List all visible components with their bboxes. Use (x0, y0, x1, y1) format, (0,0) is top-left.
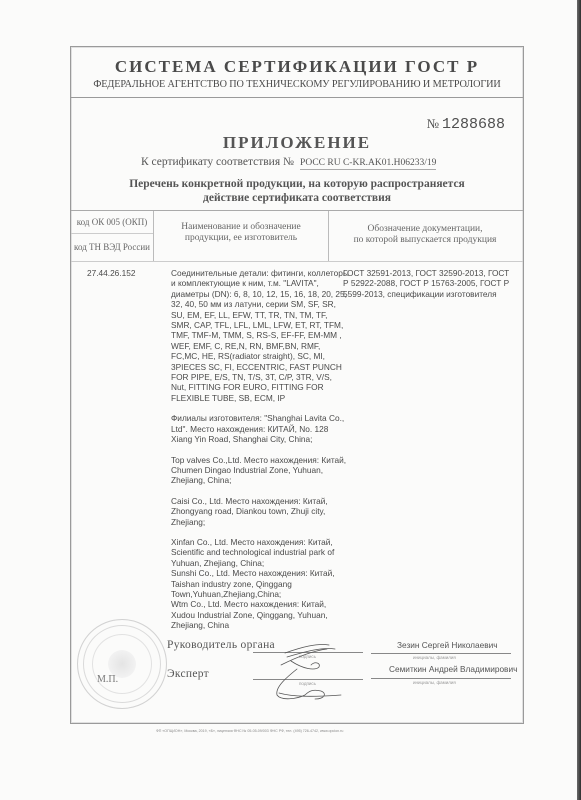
handwritten-signature (257, 643, 357, 705)
print-info: ФП «ОПЦИОН», Москва, 2019, «Б», лицензия… (156, 729, 343, 733)
header-product-line-1: Наименование и обозначение (154, 222, 328, 233)
list-heading-line-2: действие сертификата соответствия (71, 191, 523, 205)
number-sign: № (427, 116, 439, 131)
header-divider (71, 97, 523, 98)
head-name: Зезин Сергей Николаевич (397, 640, 498, 650)
product-code: 27.44.26.152 (87, 268, 135, 278)
certificate-reference: К сертификату соответствия №РОСС RU C-KR… (141, 156, 436, 170)
appendix-title: ПРИЛОЖЕНИЕ (71, 133, 523, 153)
product-paragraph: Top valves Co.,Ltd. Место нахождения: Ки… (171, 455, 349, 486)
stamp-label: М.П. (97, 674, 118, 685)
head-name-caption: инициалы, фамилия (413, 655, 456, 660)
official-stamp (77, 619, 167, 709)
table-header-codes: код ОК 005 (ОКП) код ТН ВЭД России (71, 211, 154, 261)
system-title: СИСТЕМА СЕРТИФИКАЦИИ ГОСТ Р (71, 57, 523, 77)
table-header-product: Наименование и обозначение продукции, ее… (154, 211, 329, 261)
header-product-line-2: продукции, ее изготовитель (154, 233, 328, 244)
scan-edge (577, 0, 581, 800)
documentation-standards: ГОСТ 32591-2013, ГОСТ 32590-2013, ГОСТ Р… (343, 268, 511, 299)
header-docs-line-2: по которой выпускается продукция (330, 235, 520, 246)
product-list-heading: Перечень конкретной продукции, на котору… (71, 177, 523, 205)
product-paragraph: Филиалы изготовителя: "Shanghai Lavita C… (171, 413, 349, 444)
form-number-value: 1288688 (442, 116, 505, 133)
header-tnved-code: код ТН ВЭД России (71, 234, 153, 261)
product-description: Соединительные детали: фитинги, коллетор… (171, 268, 349, 641)
certificate-reference-label: К сертификату соответствия № (141, 156, 294, 168)
expert-name-caption: инициалы, фамилия (413, 680, 456, 685)
certificate-frame: СИСТЕМА СЕРТИФИКАЦИИ ГОСТ Р ФЕДЕРАЛЬНОЕ … (70, 46, 524, 724)
product-paragraph: Xinfan Co., Ltd. Место нахождения: Китай… (171, 537, 349, 631)
list-heading-line-1: Перечень конкретной продукции, на котору… (71, 177, 523, 191)
expert-name-line (371, 678, 511, 679)
agency-subtitle: ФЕДЕРАЛЬНОЕ АГЕНТСТВО ПО ТЕХНИЧЕСКОМУ РЕ… (71, 79, 523, 90)
head-name-line (371, 653, 511, 654)
product-paragraph: Caisi Co., Ltd. Место нахождения: Китай,… (171, 496, 349, 527)
table-header-documentation: Обозначение документации, по которой вып… (330, 211, 520, 261)
header-okp-code: код ОК 005 (ОКП) (71, 211, 153, 234)
expert-name: Семиткин Андрей Владимирович (389, 664, 517, 674)
form-number: №1288688 (427, 116, 505, 133)
expert-label: Эксперт (167, 668, 209, 680)
product-paragraph: Соединительные детали: фитинги, коллетор… (171, 268, 349, 403)
certificate-reference-number: РОСС RU C-KR.AK01.H06233/19 (300, 158, 436, 170)
table-header-rule (71, 261, 523, 262)
header-docs-line-1: Обозначение документации, (330, 224, 520, 235)
